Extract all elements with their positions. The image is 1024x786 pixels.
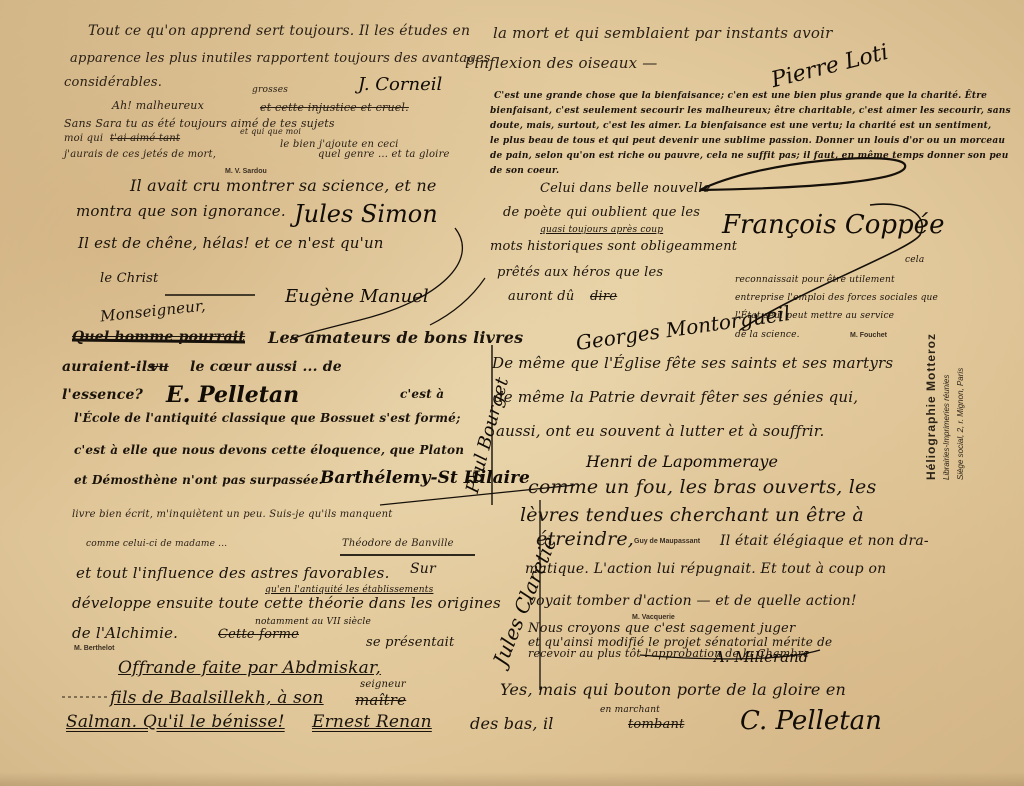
- loti-line-1: la mort et qui semblaient par instants a…: [493, 26, 832, 41]
- maupassant-line-3: étreindre,: [536, 530, 634, 549]
- renan-line-2-insert: seigneur: [360, 680, 406, 690]
- pelletan-e-line-2b: le cœur aussi ... de: [190, 360, 342, 374]
- fouchet-line-4: de la science.: [735, 331, 800, 340]
- bienfaisance-line-4: le plus beau de tous et qui peut devenir…: [490, 137, 1005, 146]
- lapommeraye-signature: Henri de Lapommeraye: [586, 452, 778, 471]
- larroumet-line-1: De même que l'Église fête ses saints et …: [492, 356, 893, 371]
- coppee-line-1: Celui dans belle nouvelle: [540, 182, 710, 195]
- corneille-signature: J. Corneil: [358, 74, 442, 95]
- loti-signature: Pierre Loti: [769, 40, 891, 93]
- pelletan-c-signature: C. Pelletan: [740, 706, 882, 736]
- larroumet-line-2: de même la Patrie devrait fêter ses géni…: [494, 390, 858, 405]
- manuel-signature: Eugène Manuel: [285, 286, 429, 307]
- renan-line-3: Salman. Qu'il le bénisse!: [66, 714, 285, 731]
- fouchet-caption: M. Fouchet: [850, 332, 887, 339]
- simon-line-1: Il avait cru montrer sa science, et ne: [130, 178, 437, 194]
- corneille-line-1: Tout ce qu'on apprend sert toujours. Il …: [88, 24, 470, 38]
- sardou-line-3-struck: t'ai aimé tant: [110, 134, 180, 144]
- berthelot-line-3: de l'Alchimie.: [72, 626, 178, 641]
- pelletan-c-line-2: des bas, il: [470, 716, 554, 732]
- pelletan-e-line-1: Les amateurs de bons livres: [268, 330, 523, 346]
- simon-signature: Jules Simon: [294, 200, 438, 228]
- bienfaisance-line-2: bienfaisant, c'est seulement secourir le…: [490, 107, 1011, 116]
- larroumet-line-3: aussi, ont eu souvent à lutter et à souf…: [496, 424, 825, 439]
- berthelot-insert-2: notamment au VII siècle: [255, 618, 371, 627]
- renan-signature: Ernest Renan: [312, 714, 432, 731]
- coppee-line-5: auront dû: [508, 290, 574, 303]
- coppee-insert: quasi toujours après coup: [540, 226, 663, 235]
- sardou-line-4: j'aurais de ces jetés de mort,: [64, 150, 216, 160]
- pelletan-c-struck: tombant: [628, 718, 684, 731]
- berthelot-line-1: et tout l'influence des astres favorable…: [76, 566, 390, 581]
- fouchet-line-0: cela: [905, 256, 924, 265]
- millerand-signature: A. Millerand: [714, 648, 808, 666]
- sardou-line-1-struck: et cette injustice et cruel.: [260, 102, 409, 113]
- berthelot-line-1b: Sur: [410, 562, 436, 576]
- vacquerie-line-1: Il était élégiaque et non dra-: [720, 534, 929, 548]
- maupassant-line-1: comme un fou, les bras ouverts, les: [528, 478, 876, 497]
- bourget-line-2: comme celui-ci de madame ...: [86, 540, 227, 549]
- renan-line-2-struck: maître: [355, 693, 406, 708]
- vacquerie-line-2: matique. L'action lui répugnait. Et tout…: [525, 562, 886, 576]
- imprint-line-3: Siège social, 2, r. Mignon, Paris: [956, 368, 965, 480]
- renan-line-1: Offrande faite par Abdmiskar,: [118, 660, 381, 677]
- saint-hilaire-signature: Barthélemy-St Hilaire: [320, 468, 530, 488]
- berthelot-line-2: développe ensuite toute cette théorie da…: [72, 596, 501, 611]
- berthelot-line-3b: se présentait: [366, 636, 454, 649]
- bienfaisance-line-1: C'est une grande chose que la bienfaisan…: [494, 92, 987, 101]
- simon-line-2: montra que son ignorance.: [76, 204, 286, 219]
- montorgueil-signature: Georges Montorgueil: [574, 301, 791, 355]
- maupassant-line-2: lèvres tendues cherchant un être à: [520, 506, 864, 525]
- coppee-line-5-struck: dire: [590, 290, 617, 303]
- corneille-line-2: apparence les plus inutiles rapportent t…: [70, 52, 491, 65]
- sardou-caption: M. V. Sardou: [225, 168, 267, 175]
- saint-hilaire-line-0: c'est à: [400, 388, 444, 400]
- loti-line-2: l'inflexion des oiseaux —: [465, 56, 658, 71]
- bourget-line-1: livre bien écrit, m'inquiètent un peu. S…: [72, 510, 393, 520]
- pelletan-c-line-1: Yes, mais qui bouton porte de la gloire …: [500, 682, 846, 698]
- pelletan-e-line-3: l'essence?: [62, 388, 143, 402]
- sardou-line-1: Ah! malheureux: [112, 100, 204, 111]
- coppee-line-2: de poète qui oublient que les: [503, 206, 700, 219]
- saint-hilaire-line-1: l'École de l'antiquité classique que Bos…: [74, 412, 461, 424]
- banville-signature: Théodore de Banville: [342, 539, 454, 549]
- bienfaisance-line-6: de son coeur.: [490, 167, 559, 176]
- vacquerie-caption: M. Vacquerie: [632, 614, 675, 621]
- bienfaisance-line-3: doute, mais, surtout, c'est les aimer. L…: [490, 122, 991, 131]
- corneille-line-3: considérables.: [64, 76, 162, 89]
- vacquerie-line-3: voyait tomber d'action — et de quelle ac…: [528, 594, 857, 608]
- sardou-line-4b: quel genre ... et ta gloire: [318, 150, 450, 160]
- manuel-line-2: le Christ: [100, 272, 158, 285]
- pelletan-e-line-0: Monseigneur,: [100, 299, 207, 325]
- sardou-line-3: moi qui: [64, 134, 103, 144]
- coppee-line-4: prêtés aux héros que les: [497, 266, 663, 279]
- pelletan-e-line-1-struck: Quel homme pourrait: [72, 330, 245, 344]
- berthelot-line-3-struck: Cette forme: [218, 628, 299, 641]
- millerand-line-1: Nous croyons que c'est sagement juger: [528, 622, 795, 635]
- renan-line-2: fils de Baalsillekh, à son: [110, 690, 324, 707]
- pelletan-e-line-2: auraient-ils: [62, 360, 155, 374]
- fouchet-line-1: reconnaissait pour être utilement: [735, 276, 895, 285]
- maupassant-caption: Guy de Maupassant: [634, 538, 700, 545]
- manuscript-sheet: Tout ce qu'on apprend sert toujours. Il …: [0, 0, 1024, 786]
- coppee-line-3: mots historiques sont obligeamment: [490, 240, 737, 253]
- pelletan-e-signature: E. Pelletan: [166, 382, 299, 408]
- pelletan-c-insert: en marchant: [600, 706, 660, 715]
- bienfaisance-line-5: de pain, selon qu'on est riche ou pauvre…: [490, 152, 1008, 161]
- imprint-line-2: Librairies-Imprimeries réunies: [942, 375, 951, 480]
- imprint-name: Héliographie Motteroz: [924, 333, 938, 480]
- saint-hilaire-line-3: et Démosthène n'ont pas surpassée.: [74, 474, 323, 486]
- sardou-insert-2: et qui que moi: [240, 128, 301, 136]
- sardou-insert-1: grosses: [252, 86, 288, 95]
- manuel-line-1: Il est de chêne, hélas! et ce n'est qu'u…: [78, 236, 384, 251]
- pelletan-e-line-2-struck: vu: [150, 360, 169, 374]
- coppee-signature: François Coppée: [722, 210, 944, 240]
- saint-hilaire-line-2: c'est à elle que nous devons cette éloqu…: [74, 444, 464, 456]
- fouchet-line-3: l'État seul peut mettre au service: [735, 312, 894, 321]
- berthelot-caption: M. Berthelot: [74, 645, 114, 652]
- fouchet-line-2: entreprise l'emploi des forces sociales …: [735, 294, 938, 303]
